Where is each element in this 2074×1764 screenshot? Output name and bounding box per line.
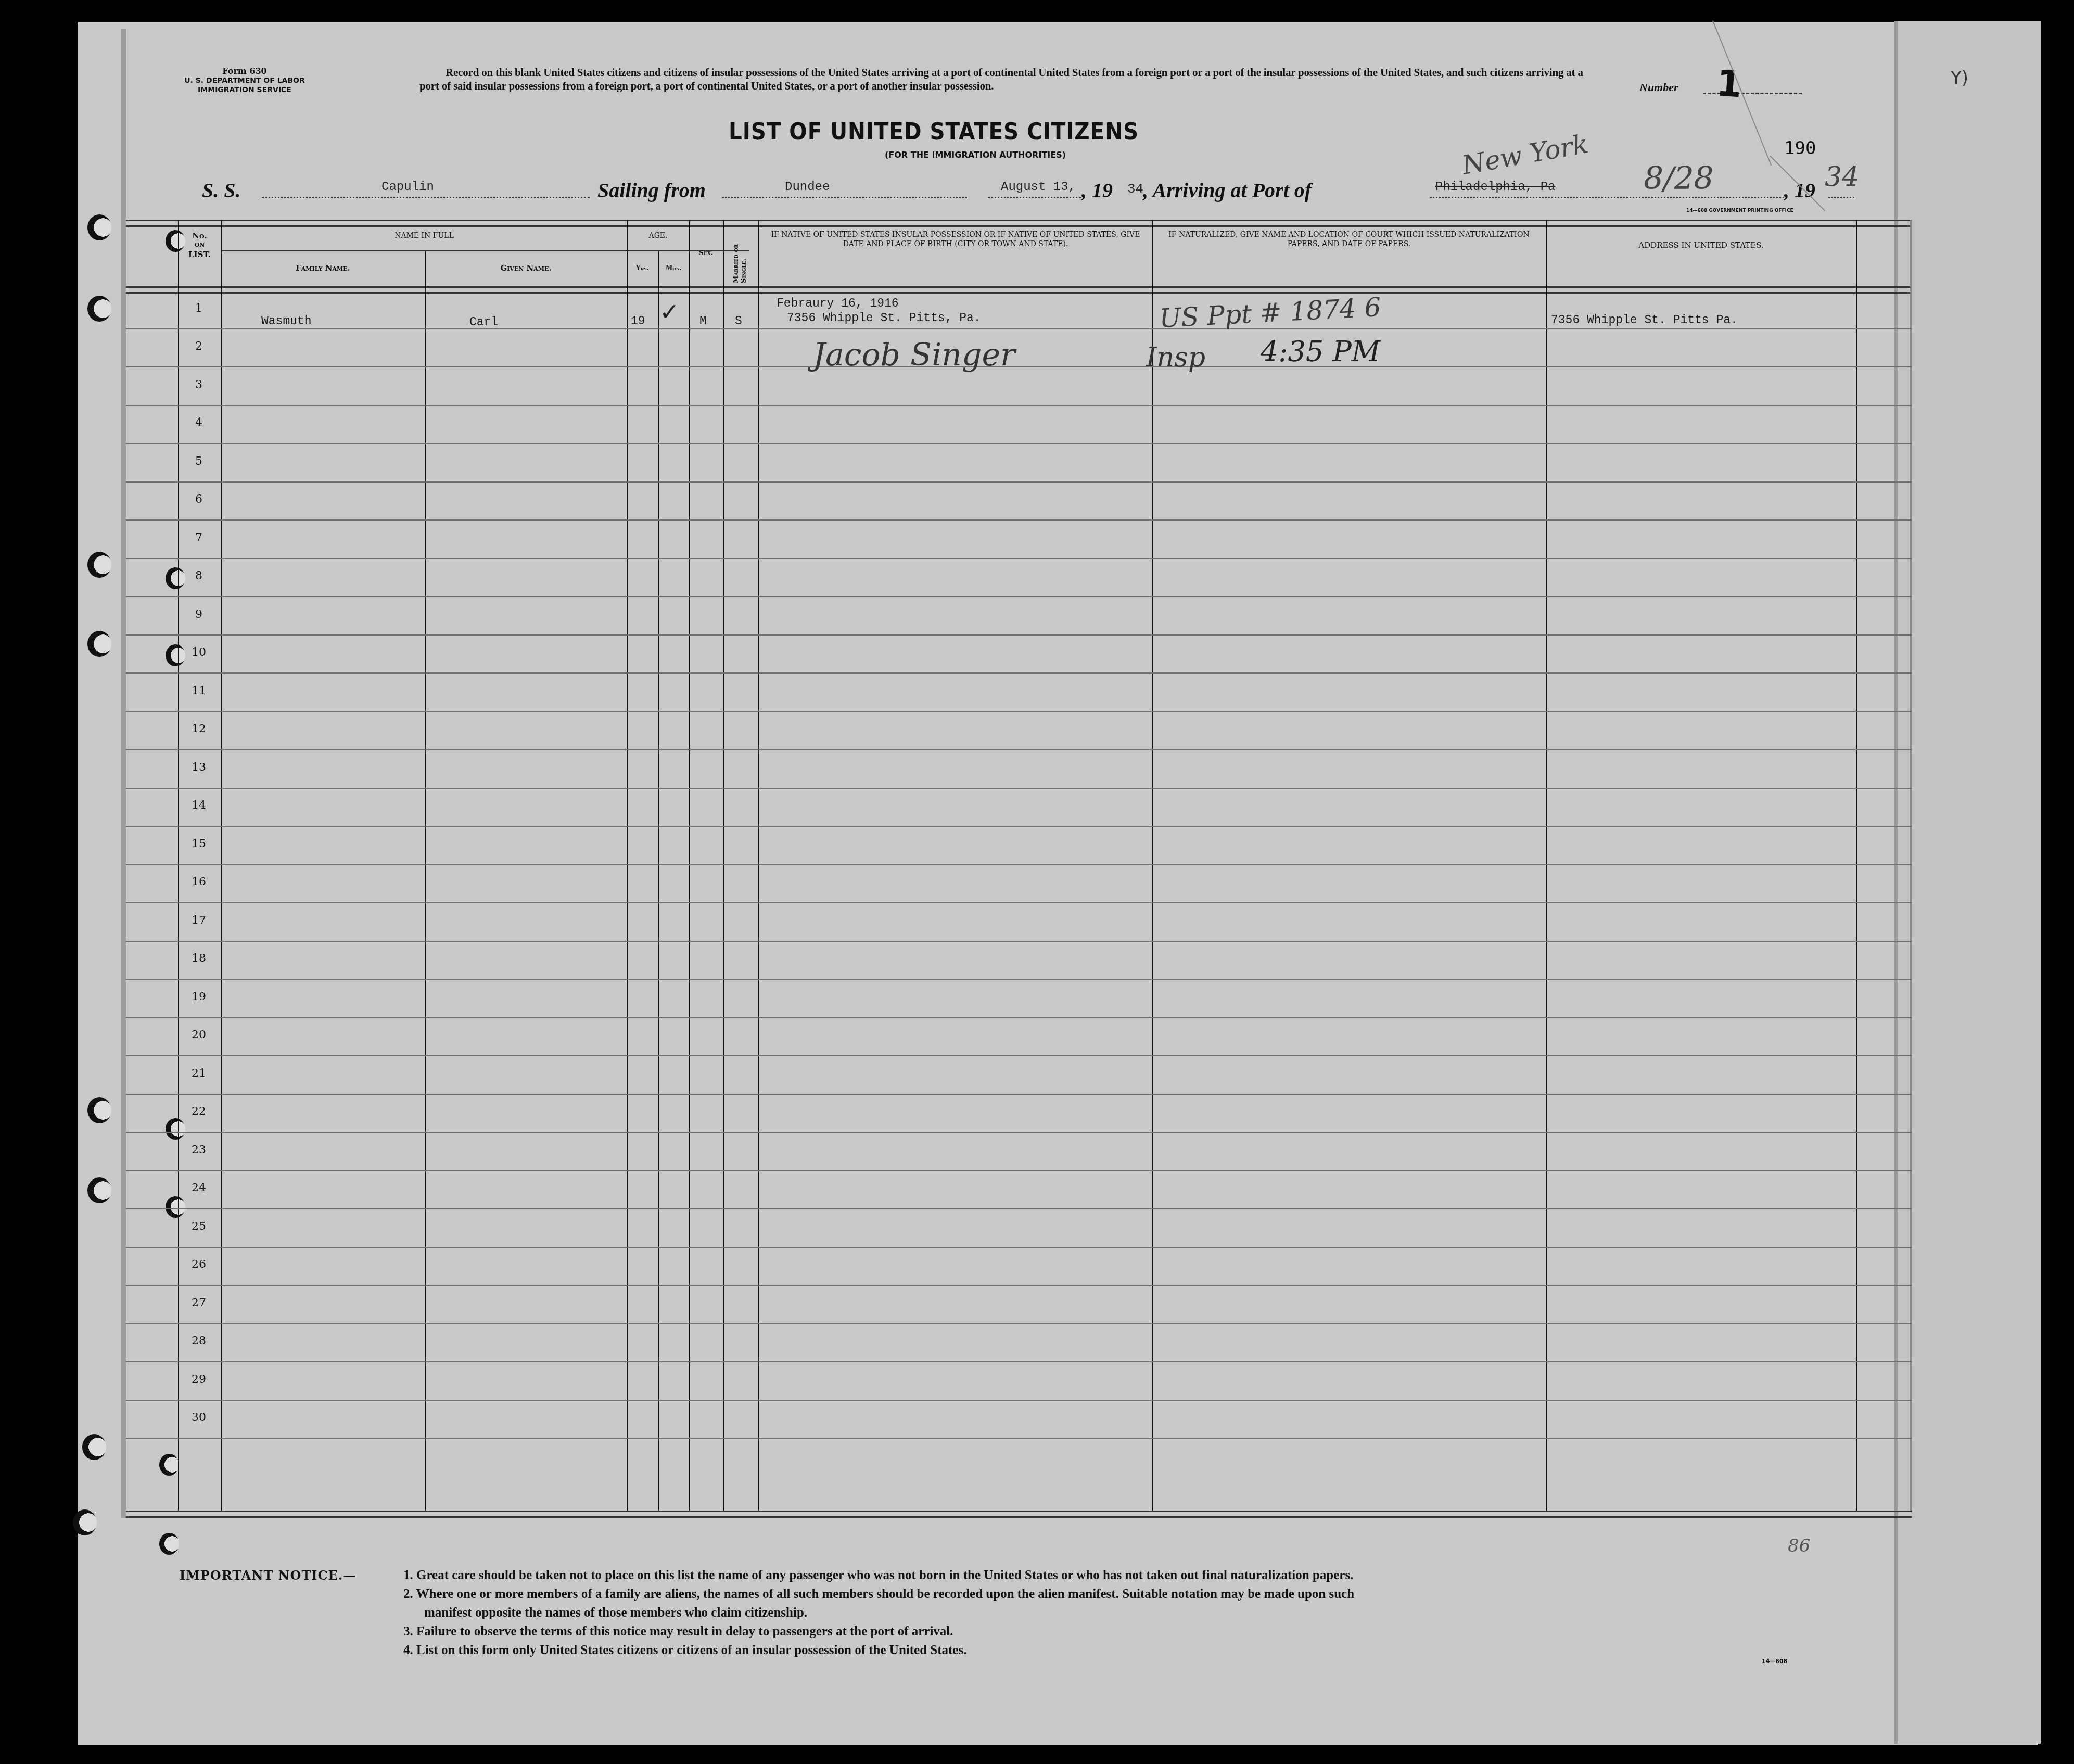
married-single-cell: S <box>735 314 742 328</box>
header-sex: Sex. <box>689 249 723 258</box>
notice-heading: IMPORTANT NOTICE.— <box>180 1567 356 1584</box>
department-name: U. S. DEPARTMENT OF LABOR <box>167 76 323 85</box>
table-row: 23 <box>126 1132 1912 1171</box>
binder-hole-icon <box>87 1097 111 1123</box>
header-text: LIST. <box>178 250 221 259</box>
row-number: 12 <box>178 722 220 735</box>
table-row: 22 <box>126 1094 1912 1133</box>
row-number: 15 <box>178 837 220 851</box>
paper-fold-edge <box>1894 21 2041 1744</box>
sex-cell: M <box>699 314 707 328</box>
header-married-or-single: Married or Single. <box>732 226 748 283</box>
page-title: LIST OF UNITED STATES CITIZENS <box>729 119 1139 145</box>
ship-name-line <box>262 197 590 198</box>
page-number-handwritten: 86 <box>1788 1535 1810 1556</box>
row-number: 26 <box>178 1258 220 1271</box>
departure-year: 34 <box>1127 181 1143 197</box>
passenger-table: No. ON LIST. NAME IN FULL Family Name. G… <box>126 220 1912 1516</box>
row-number: 4 <box>178 416 220 429</box>
voyage-line: S. S. Capulin Sailing from Dundee August… <box>202 176 1919 207</box>
ship-name: Capulin <box>381 180 434 194</box>
binder-hole-icon <box>87 631 111 657</box>
notice-item-1: 1. Great care should be taken not to pla… <box>403 1567 1353 1584</box>
row-number: 7 <box>178 531 220 544</box>
row-number: 27 <box>178 1297 220 1310</box>
number-label: Number <box>1639 81 1678 94</box>
table-row: 19 <box>126 979 1912 1018</box>
table-row: 10 <box>126 634 1912 674</box>
row-number: 22 <box>178 1105 220 1118</box>
table-row: 13 <box>126 750 1912 789</box>
family-name-cell: Wasmuth <box>261 314 312 328</box>
departure-date-line <box>988 197 1081 198</box>
inspection-time: 4:35 PM <box>1261 335 1380 368</box>
header-no-on-list: No. ON LIST. <box>178 231 221 259</box>
ss-label: S. S. <box>202 178 241 202</box>
header-birth: IF NATIVE OF UNITED STATES INSULAR POSSE… <box>768 230 1143 249</box>
header-given-name: Given Name. <box>425 263 627 273</box>
header-yrs: Yrs. <box>627 263 658 273</box>
table-row: 29 <box>126 1362 1912 1401</box>
table-bottom-rule <box>126 1511 1912 1518</box>
row-number: 2 <box>178 340 220 353</box>
row-number: 30 <box>178 1411 220 1424</box>
table-row: 15 <box>126 826 1912 865</box>
page-subtitle: (FOR THE IMMIGRATION AUTHORITIES) <box>885 150 1066 160</box>
table-row: 2 <box>126 328 1912 367</box>
row-number: 20 <box>178 1029 220 1042</box>
given-name-cell: Carl <box>469 315 498 329</box>
row-number: 13 <box>178 761 220 774</box>
row-number: 16 <box>178 875 220 889</box>
gpo-imprint: 14—608 GOVERNMENT PRINTING OFFICE <box>1686 208 1793 213</box>
row-number: 24 <box>178 1182 220 1195</box>
table-row: 27 <box>126 1285 1912 1324</box>
birth-date-cell: Febraury 16, 1916 <box>777 297 899 310</box>
table-row: 18 <box>126 941 1912 980</box>
binder-hole-icon <box>87 1177 111 1203</box>
row-number: 25 <box>178 1220 220 1233</box>
row-number: 8 <box>178 569 220 582</box>
departure-date: August 13, <box>1001 180 1076 194</box>
binder-hole-icon <box>73 1509 97 1535</box>
inspector-title: Insp <box>1146 342 1205 373</box>
table-row: 21 <box>126 1056 1912 1095</box>
birth-place-cell: 7356 Whipple St. Pitts, Pa. <box>787 311 981 325</box>
table-row: 3 <box>126 367 1912 406</box>
table-row: 16 <box>126 864 1912 903</box>
table-row: 5 <box>126 443 1912 483</box>
sailing-from-line <box>722 197 967 198</box>
sailing-from-label: Sailing from <box>597 178 706 202</box>
arrival-date-handwritten: 8/28 <box>1644 160 1714 197</box>
sailing-from-port: Dundee <box>785 180 830 194</box>
table-row: 30 <box>126 1400 1912 1439</box>
table-row: 14 <box>126 788 1912 827</box>
header-name-in-full: NAME IN FULL <box>221 231 627 240</box>
arriving-label: , Arriving at Port of <box>1143 178 1312 202</box>
table-row: 11 <box>126 673 1912 712</box>
table-row: 28 <box>126 1323 1912 1362</box>
binder-hole-icon <box>87 296 111 322</box>
record-instructions: Record on this blank United States citiz… <box>419 66 1601 93</box>
row-number: 29 <box>178 1373 220 1386</box>
arrival-port-printed: Philadelphia, Pa <box>1435 180 1555 194</box>
notice-item-2: 2. Where one or more members of a family… <box>403 1585 1354 1603</box>
table-row: 26 <box>126 1247 1912 1286</box>
table-row: 6 <box>126 481 1912 521</box>
inspector-signature: Jacob Singer <box>813 337 1015 373</box>
table-row: 24 <box>126 1170 1912 1209</box>
header-text: No. <box>178 231 221 240</box>
table-row: 9 <box>126 597 1912 636</box>
arrival-year-line <box>1828 197 1854 198</box>
row-number: 10 <box>178 646 220 659</box>
age-yrs-cell: 19 <box>631 314 645 328</box>
checkmark-icon: ✓ <box>659 298 680 326</box>
form-number: Form 630 <box>167 67 323 76</box>
table-top-rule <box>126 220 1912 227</box>
binder-hole-icon <box>87 214 111 240</box>
header-text: ON <box>178 240 221 250</box>
departure-year-label: , 19 <box>1081 178 1113 202</box>
table-row: 17 <box>126 903 1912 942</box>
row-number: 1 <box>178 302 220 315</box>
table-row: 25 <box>126 1209 1912 1248</box>
table-row: 12 <box>126 711 1912 750</box>
arrival-year-handwritten: 34 <box>1825 161 1859 193</box>
form-identifier: Form 630 U. S. DEPARTMENT OF LABOR IMMIG… <box>167 67 323 95</box>
header-mos: Mos. <box>658 263 689 273</box>
row-number: 6 <box>178 493 220 506</box>
binder-hole-icon <box>87 552 111 578</box>
corner-mark: Y) <box>1951 68 1968 88</box>
row-number: 14 <box>178 799 220 812</box>
row-number: 28 <box>178 1335 220 1348</box>
address-cell: 7356 Whipple St. Pitts Pa. <box>1551 313 1738 327</box>
table-row-spacer <box>126 1438 1912 1476</box>
notice-item-4: 4. List on this form only United States … <box>403 1642 966 1659</box>
row-number: 21 <box>178 1067 220 1080</box>
row-number: 11 <box>178 684 220 697</box>
binder-hole-icon <box>82 1434 106 1460</box>
table-row: 20 <box>126 1017 1912 1056</box>
row-number: 5 <box>178 455 220 468</box>
row-number: 23 <box>178 1144 220 1157</box>
notice-item-3: 3. Failure to observe the terms of this … <box>403 1623 953 1640</box>
row-number: 9 <box>178 608 220 621</box>
row-number: 3 <box>178 378 220 391</box>
notice-item-2-cont: manifest opposite the names of those mem… <box>424 1604 807 1621</box>
row-number: 18 <box>178 952 220 965</box>
service-name: IMMIGRATION SERVICE <box>167 85 323 95</box>
header-address: ADDRESS IN UNITED STATES. <box>1546 240 1856 250</box>
arrival-port-line <box>1430 197 1784 198</box>
row-number: 19 <box>178 991 220 1004</box>
binding-margin <box>121 29 126 1518</box>
form-code: 14—608 <box>1762 1658 1787 1665</box>
row-number: 17 <box>178 914 220 927</box>
stamp-number: 190 <box>1784 138 1816 159</box>
name-subheader-rule <box>221 250 749 251</box>
arrival-year-label: , 19 <box>1784 178 1815 202</box>
header-family-name: Family Name. <box>221 263 425 273</box>
table-row: 8 <box>126 558 1912 597</box>
table-row: 4 <box>126 405 1912 444</box>
header-age: AGE. <box>627 231 689 240</box>
binder-hole-icon <box>159 1533 179 1555</box>
table-row: 7 <box>126 520 1912 559</box>
header-naturalized: IF NATURALIZED, GIVE NAME AND LOCATION O… <box>1164 230 1534 249</box>
